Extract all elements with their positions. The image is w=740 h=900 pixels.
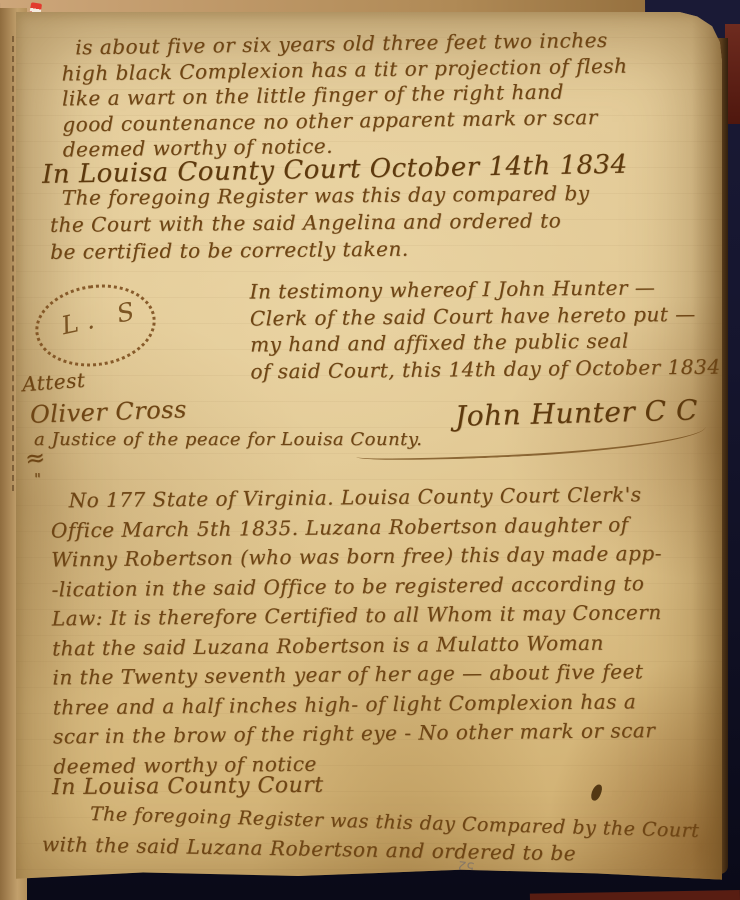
margin-squiggle-mark: ≈ xyxy=(24,443,47,473)
book-cover-edge-bottom xyxy=(530,890,740,900)
margin-ditto-mark: " xyxy=(34,470,41,488)
manuscript-page: is about five or six years old three fee… xyxy=(16,12,722,900)
seal-label: L. S xyxy=(59,295,145,340)
locus-sigilli-seal: L. S xyxy=(30,277,161,374)
register-book-photo: is about five or six years old three fee… xyxy=(0,0,740,900)
testimony-clause: In testimony whereof I John Hunter — Cle… xyxy=(249,273,736,384)
entry-176-continuation: is about five or six years old three fee… xyxy=(61,26,711,163)
entry-177: No 177 State of Virginia. Louisa County … xyxy=(50,480,713,782)
ink-blot xyxy=(590,783,604,802)
certification-1834: The foregoing Register was this day comp… xyxy=(50,179,703,266)
manuscript-line: the Court with the said Angelina and ord… xyxy=(50,206,702,239)
binding-seam xyxy=(12,36,14,491)
witness-signature: Oliver Cross xyxy=(30,395,188,428)
court-session-heading-1835: In Louisa County Court xyxy=(52,773,324,800)
attest-label: Attest xyxy=(21,368,86,396)
manuscript-line: be certified to be correctly taken. xyxy=(50,233,702,266)
manuscript-line: of said Court, this 14th day of October … xyxy=(250,353,736,385)
pencil-page-number: 52 xyxy=(457,857,475,874)
